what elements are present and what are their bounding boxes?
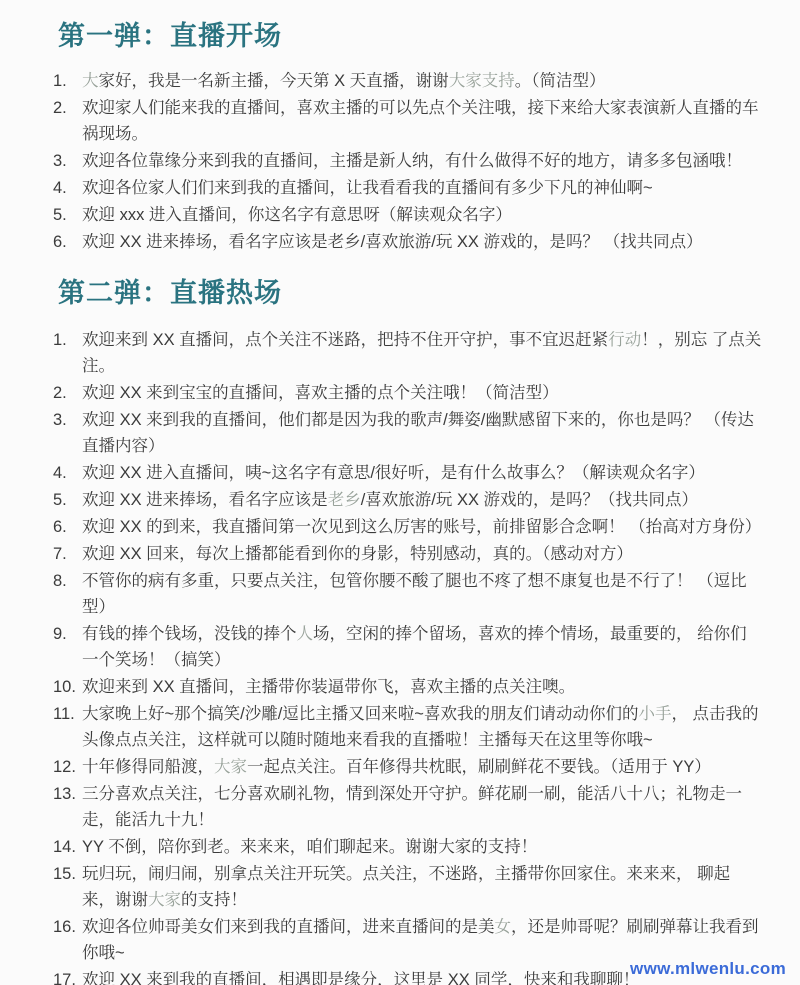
item-number: 4. bbox=[46, 175, 82, 201]
item-number: 7. bbox=[46, 541, 82, 567]
text-segment: 欢迎 XX 来到我的直播间，他们都是因为我的歌声/舞姿/幽默感留下来的，你也是吗… bbox=[82, 411, 754, 455]
text-segment: 。（简洁型） bbox=[515, 72, 606, 90]
item-text: 欢迎来到 XX 直播间，主播带你装逼带你飞，喜欢主播的点关注噢。 bbox=[82, 674, 762, 700]
item-text: 玩归玩，闹归闹，别拿点关注开玩笑。点关注，不迷路，主播带你回家住。来来来， 聊起… bbox=[82, 861, 762, 913]
text-segment-light: 人 bbox=[297, 625, 314, 643]
item-number: 6. bbox=[46, 514, 82, 540]
text-segment: /喜欢旅游/玩 XX 游戏的，是吗？（找共同点） bbox=[361, 491, 698, 509]
list-item: 5.欢迎 XX 进来捧场，看名字应该是老乡/喜欢旅游/玩 XX 游戏的，是吗？（… bbox=[46, 487, 762, 513]
text-segment: 欢迎家人们能来我的直播间，喜欢主播的可以先点个关注哦，接下来给大家表演新人直播的… bbox=[82, 99, 759, 143]
text-segment: 欢迎 XX 回来，每次上播都能看到你的身影，特别感动，真的。（感动对方） bbox=[82, 545, 633, 563]
text-segment-light: 老乡 bbox=[328, 491, 361, 509]
list-item: 4.欢迎 XX 进入直播间，咦~这名字有意思/很好听，是有什么故事么？（解读观众… bbox=[46, 460, 762, 486]
list-item: 14.YY 不倒，陪你到老。来来来，咱们聊起来。谢谢大家的支持！ bbox=[46, 834, 762, 860]
item-number: 3. bbox=[46, 407, 82, 433]
item-list: 1.大家好，我是一名新主播，今天第 X 天直播，谢谢大家支持。（简洁型）2.欢迎… bbox=[46, 68, 762, 255]
text-segment-light: 女 bbox=[495, 918, 512, 936]
item-list: 1.欢迎来到 XX 直播间，点个关注不迷路，把持不住开守护，事不宜迟赶紧行动！，… bbox=[46, 327, 762, 985]
text-segment: 欢迎 XX 进来捧场，看名字应该是 bbox=[82, 491, 328, 509]
item-number: 13. bbox=[46, 781, 82, 807]
text-segment: 欢迎来到 XX 直播间，主播带你装逼带你飞，喜欢主播的点关注噢。 bbox=[82, 678, 575, 696]
item-text: 欢迎家人们能来我的直播间，喜欢主播的可以先点个关注哦，接下来给大家表演新人直播的… bbox=[82, 95, 762, 147]
text-segment: YY 不倒，陪你到老。来来来，咱们聊起来。谢谢大家的支持！ bbox=[82, 838, 537, 856]
item-number: 6. bbox=[46, 229, 82, 255]
item-number: 1. bbox=[46, 327, 82, 353]
item-number: 10. bbox=[46, 674, 82, 700]
list-item: 1.大家好，我是一名新主播，今天第 X 天直播，谢谢大家支持。（简洁型） bbox=[46, 68, 762, 94]
list-item: 9.有钱的捧个钱场，没钱的捧个人场，空闲的捧个留场，喜欢的捧个情场，最重要的， … bbox=[46, 621, 762, 673]
list-item: 13.三分喜欢点关注，七分喜欢刷礼物，情到深处开守护。鲜花刷一刷，能活八十八；礼… bbox=[46, 781, 762, 833]
text-segment: 欢迎各位靠缘分来到我的直播间，主播是新人纳，有什么做得不好的地方，请多多包涵哦！ bbox=[82, 152, 742, 170]
item-text: 欢迎来到 XX 直播间，点个关注不迷路，把持不住开守护，事不宜迟赶紧行动！，别忘… bbox=[82, 327, 762, 379]
list-item: 1.欢迎来到 XX 直播间，点个关注不迷路，把持不住开守护，事不宜迟赶紧行动！，… bbox=[46, 327, 762, 379]
item-text: 欢迎 XX 回来，每次上播都能看到你的身影，特别感动，真的。（感动对方） bbox=[82, 541, 762, 567]
text-segment: 欢迎 xxx 进入直播间，你这名字有意思呀（解读观众名字） bbox=[82, 206, 512, 224]
section-title: 第一弹：直播开场 bbox=[58, 20, 762, 52]
item-text: 大家好，我是一名新主播，今天第 X 天直播，谢谢大家支持。（简洁型） bbox=[82, 68, 762, 94]
item-text: 三分喜欢点关注，七分喜欢刷礼物，情到深处开守护。鲜花刷一刷，能活八十八；礼物走一… bbox=[82, 781, 762, 833]
item-text: 欢迎 xxx 进入直播间，你这名字有意思呀（解读观众名字） bbox=[82, 202, 762, 228]
list-item: 12.十年修得同船渡，大家一起点关注。百年修得共枕眠，刷刷鲜花不要钱。（适用于 … bbox=[46, 754, 762, 780]
text-segment: 大家晚上好~那个搞笑/沙雕/逗比主播又回来啦~喜欢我的朋友们请动动你们的 bbox=[82, 705, 638, 723]
item-number: 11. bbox=[46, 701, 82, 727]
list-item: 2.欢迎家人们能来我的直播间，喜欢主播的可以先点个关注哦，接下来给大家表演新人直… bbox=[46, 95, 762, 147]
item-text: 欢迎 XX 来到我的直播间，他们都是因为我的歌声/舞姿/幽默感留下来的，你也是吗… bbox=[82, 407, 762, 459]
text-segment: 欢迎各位帅哥美女们来到我的直播间，进来直播间的是美 bbox=[82, 918, 495, 936]
item-number: 1. bbox=[46, 68, 82, 94]
list-item: 8.不管你的病有多重，只要点关注，包管你腰不酸了腿也不疼了想不康复也是不行了！ … bbox=[46, 568, 762, 620]
document-content: 第一弹：直播开场1.大家好，我是一名新主播，今天第 X 天直播，谢谢大家支持。（… bbox=[46, 20, 762, 985]
text-segment-light: 大家支持 bbox=[449, 72, 515, 90]
item-number: 15. bbox=[46, 861, 82, 887]
text-segment-light: 小手 bbox=[638, 705, 671, 723]
list-item: 3.欢迎各位靠缘分来到我的直播间，主播是新人纳，有什么做得不好的地方，请多多包涵… bbox=[46, 148, 762, 174]
item-number: 8. bbox=[46, 568, 82, 594]
item-number: 16. bbox=[46, 914, 82, 940]
item-number: 14. bbox=[46, 834, 82, 860]
list-item: 5.欢迎 xxx 进入直播间，你这名字有意思呀（解读观众名字） bbox=[46, 202, 762, 228]
text-segment: 不管你的病有多重，只要点关注，包管你腰不酸了腿也不疼了想不康复也是不行了！ （逗… bbox=[82, 572, 747, 616]
item-number: 3. bbox=[46, 148, 82, 174]
item-text: 大家晚上好~那个搞笑/沙雕/逗比主播又回来啦~喜欢我的朋友们请动动你们的小手， … bbox=[82, 701, 762, 753]
text-segment: 欢迎 XX 来到宝宝的直播间，喜欢主播的点个关注哦！（简洁型） bbox=[82, 384, 559, 402]
text-segment: 欢迎来到 XX 直播间，点个关注不迷路，把持不住开守护，事不宜迟赶紧 bbox=[82, 331, 608, 349]
text-segment: 欢迎 XX 来到我的直播间，相遇即是缘分，这里是 XX 同学，快来和我聊聊！ bbox=[82, 971, 639, 985]
text-segment: 的支持！ bbox=[181, 891, 247, 909]
text-segment-light: 大家 bbox=[148, 891, 181, 909]
list-item: 11.大家晚上好~那个搞笑/沙雕/逗比主播又回来啦~喜欢我的朋友们请动动你们的小… bbox=[46, 701, 762, 753]
item-number: 9. bbox=[46, 621, 82, 647]
text-segment: 三分喜欢点关注，七分喜欢刷礼物，情到深处开守护。鲜花刷一刷，能活八十八；礼物走一… bbox=[82, 785, 742, 829]
item-text: 欢迎 XX 进来捧场，看名字应该是老乡/喜欢旅游/玩 XX 游戏的，是吗？（找共… bbox=[82, 487, 762, 513]
item-number: 2. bbox=[46, 95, 82, 121]
list-item: 10.欢迎来到 XX 直播间，主播带你装逼带你飞，喜欢主播的点关注噢。 bbox=[46, 674, 762, 700]
item-text: 欢迎 XX 的到来，我直播间第一次见到这么厉害的账号，前排留影合念啊！ （抬高对… bbox=[82, 514, 762, 540]
text-segment: 欢迎 XX 进入直播间，咦~这名字有意思/很好听，是有什么故事么？（解读观众名字… bbox=[82, 464, 705, 482]
item-text: 有钱的捧个钱场，没钱的捧个人场，空闲的捧个留场，喜欢的捧个情场，最重要的， 给你… bbox=[82, 621, 762, 673]
item-text: 不管你的病有多重，只要点关注，包管你腰不酸了腿也不疼了想不康复也是不行了！ （逗… bbox=[82, 568, 762, 620]
list-item: 6.欢迎 XX 的到来，我直播间第一次见到这么厉害的账号，前排留影合念啊！ （抬… bbox=[46, 514, 762, 540]
list-item: 6.欢迎 XX 进来捧场，看名字应该是老乡/喜欢旅游/玩 XX 游戏的，是吗？ … bbox=[46, 229, 762, 255]
item-number: 4. bbox=[46, 460, 82, 486]
watermark-link[interactable]: www.mlwenlu.com bbox=[630, 959, 786, 979]
item-number: 5. bbox=[46, 487, 82, 513]
item-number: 17. bbox=[46, 967, 82, 985]
item-text: 欢迎各位家人们们来到我的直播间，让我看看我的直播间有多少下凡的神仙啊~ bbox=[82, 175, 762, 201]
item-number: 5. bbox=[46, 202, 82, 228]
list-item: 4.欢迎各位家人们们来到我的直播间，让我看看我的直播间有多少下凡的神仙啊~ bbox=[46, 175, 762, 201]
document-page: 第一弹：直播开场1.大家好，我是一名新主播，今天第 X 天直播，谢谢大家支持。（… bbox=[0, 0, 800, 985]
item-text: 十年修得同船渡，大家一起点关注。百年修得共枕眠，刷刷鲜花不要钱。（适用于 YY） bbox=[82, 754, 762, 780]
item-text: 欢迎 XX 进入直播间，咦~这名字有意思/很好听，是有什么故事么？（解读观众名字… bbox=[82, 460, 762, 486]
text-segment-light: 大 bbox=[82, 72, 99, 90]
text-segment: 有钱的捧个钱场，没钱的捧个 bbox=[82, 625, 297, 643]
text-segment-light: 大家 bbox=[214, 758, 247, 776]
item-text: 欢迎 XX 来到宝宝的直播间，喜欢主播的点个关注哦！（简洁型） bbox=[82, 380, 762, 406]
text-segment: 欢迎 XX 进来捧场，看名字应该是老乡/喜欢旅游/玩 XX 游戏的，是吗？ （找… bbox=[82, 233, 703, 251]
item-text: 欢迎 XX 进来捧场，看名字应该是老乡/喜欢旅游/玩 XX 游戏的，是吗？ （找… bbox=[82, 229, 762, 255]
item-number: 2. bbox=[46, 380, 82, 406]
item-text: YY 不倒，陪你到老。来来来，咱们聊起来。谢谢大家的支持！ bbox=[82, 834, 762, 860]
list-item: 7.欢迎 XX 回来，每次上播都能看到你的身影，特别感动，真的。（感动对方） bbox=[46, 541, 762, 567]
section-title: 第二弹：直播热场 bbox=[58, 277, 762, 309]
list-item: 3.欢迎 XX 来到我的直播间，他们都是因为我的歌声/舞姿/幽默感留下来的，你也… bbox=[46, 407, 762, 459]
text-segment: 欢迎 XX 的到来，我直播间第一次见到这么厉害的账号，前排留影合念啊！ （抬高对… bbox=[82, 518, 761, 536]
text-segment: 一起点关注。百年修得共枕眠，刷刷鲜花不要钱。（适用于 YY） bbox=[247, 758, 711, 776]
text-segment: 家好，我是一名新主播，今天第 X 天直播，谢谢 bbox=[99, 72, 449, 90]
list-item: 2.欢迎 XX 来到宝宝的直播间，喜欢主播的点个关注哦！（简洁型） bbox=[46, 380, 762, 406]
text-segment: 欢迎各位家人们们来到我的直播间，让我看看我的直播间有多少下凡的神仙啊~ bbox=[82, 179, 653, 197]
item-number: 12. bbox=[46, 754, 82, 780]
text-segment-light: 行动 bbox=[608, 331, 641, 349]
text-segment: 十年修得同船渡， bbox=[82, 758, 214, 776]
item-text: 欢迎各位靠缘分来到我的直播间，主播是新人纳，有什么做得不好的地方，请多多包涵哦！ bbox=[82, 148, 762, 174]
list-item: 15.玩归玩，闹归闹，别拿点关注开玩笑。点关注，不迷路，主播带你回家住。来来来，… bbox=[46, 861, 762, 913]
